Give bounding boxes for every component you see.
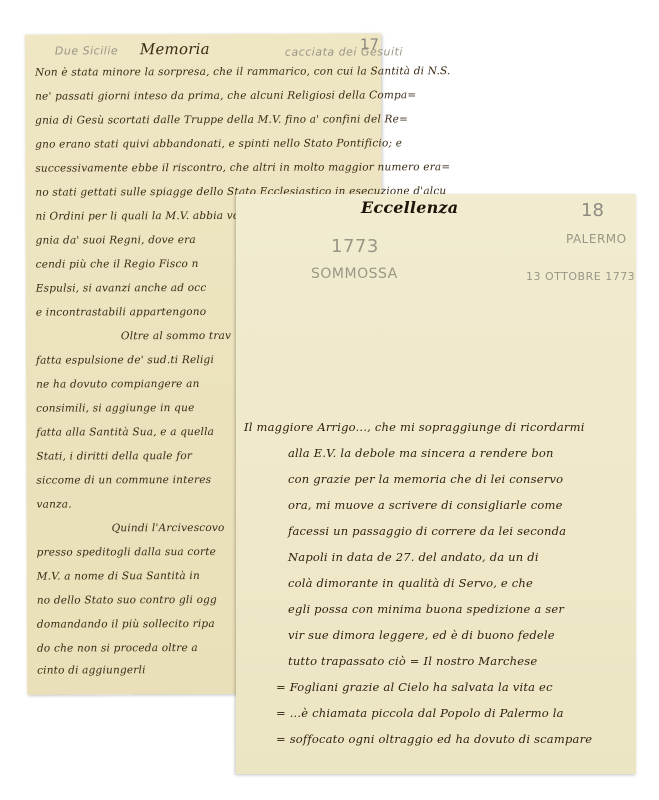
- front-document-title: Eccellenza: [361, 198, 458, 217]
- front-line: vir sue dimora leggere, ed è di buono fe…: [288, 628, 555, 642]
- back-line: fatta alla Santità Sua, e a quella: [36, 426, 214, 439]
- back-line: consimili, si aggiunge in que: [36, 402, 194, 415]
- back-line: presso speditogli dalla sua corte: [37, 546, 216, 559]
- back-line: Stati, i diritti della quale for: [36, 450, 192, 463]
- back-line: do che non si proceda oltre a: [37, 642, 198, 655]
- back-line: cendi più che il Regio Fisco n: [36, 258, 199, 271]
- back-line: cinto di aggiungerli: [37, 664, 146, 676]
- front-line: = Fogliani grazie al Cielo ha salvata la…: [276, 680, 553, 694]
- pencil-note-left: Due Sicilie: [55, 44, 118, 57]
- back-line: ne' passati giorni inteso da prima, che …: [35, 89, 416, 102]
- back-line: vanza.: [36, 498, 71, 510]
- front-line: Il maggiore Arrigo..., che mi sopraggiun…: [244, 420, 585, 434]
- back-line: no dello Stato suo contro gli ogg: [37, 594, 217, 607]
- back-line: fatta espulsione de' sud.ti Religi: [36, 354, 214, 367]
- front-line: facessi un passaggio di correre da lei s…: [288, 524, 566, 538]
- back-line: Espulsi, si avanzi anche ad occ: [36, 282, 207, 295]
- front-document-sheet: Eccellenza 18 1773 PALERMO SOMMOSSA 13 O…: [236, 194, 636, 774]
- pencil-date: 13 OTTOBRE 1773: [526, 270, 635, 283]
- back-line: ne ha dovuto compiangere an: [36, 378, 200, 391]
- front-line: = soffocato ogni oltraggio ed ha dovuto …: [276, 732, 592, 746]
- back-line: siccome di un commune interes: [36, 474, 211, 487]
- front-line: con grazie per la memoria che di lei con…: [288, 472, 563, 486]
- folio-number-17: 17: [360, 35, 379, 53]
- folio-number-18: 18: [581, 200, 604, 221]
- back-line: domandando il più sollecito ripa: [37, 618, 215, 631]
- back-line: gnia di Gesù scortati dalle Truppe della…: [35, 113, 408, 126]
- back-document-title: Memoria: [140, 40, 210, 58]
- pencil-place: PALERMO: [566, 232, 627, 246]
- front-line: Napoli in data de 27. del andato, da un …: [288, 550, 539, 564]
- back-line: gnia da' suoi Regni, dove era: [36, 234, 196, 247]
- back-line: Oltre al sommo trav: [121, 330, 231, 342]
- back-line: successivamente ebbe il riscontro, che a…: [35, 161, 450, 174]
- pencil-note-right: cacciata dei Gesuiti: [285, 45, 403, 58]
- front-line: egli possa con minima buona spedizione a…: [288, 602, 564, 616]
- pencil-year: 1773: [331, 236, 379, 257]
- back-line: e incontrastabili appartengono: [36, 306, 206, 319]
- front-line: ora, mi muove a scrivere di consigliarle…: [288, 498, 563, 512]
- front-line: colà dimorante in qualità di Servo, e ch…: [288, 576, 533, 590]
- back-line: Non è stata minore la sorpresa, che il r…: [35, 65, 451, 78]
- back-line: Quindi l'Arcivescovo: [112, 522, 225, 534]
- back-line: M.V. a nome di Sua Santità in: [37, 570, 200, 583]
- front-line: alla E.V. la debole ma sincera a rendere…: [288, 446, 554, 460]
- back-line: gno erano stati quivi abbandonati, e spi…: [35, 137, 402, 150]
- front-line: = ...è chiamata piccola dal Popolo di Pa…: [276, 706, 564, 720]
- front-line: tutto trapassato ciò = Il nostro Marches…: [288, 654, 537, 668]
- pencil-name: SOMMOSSA: [311, 266, 398, 282]
